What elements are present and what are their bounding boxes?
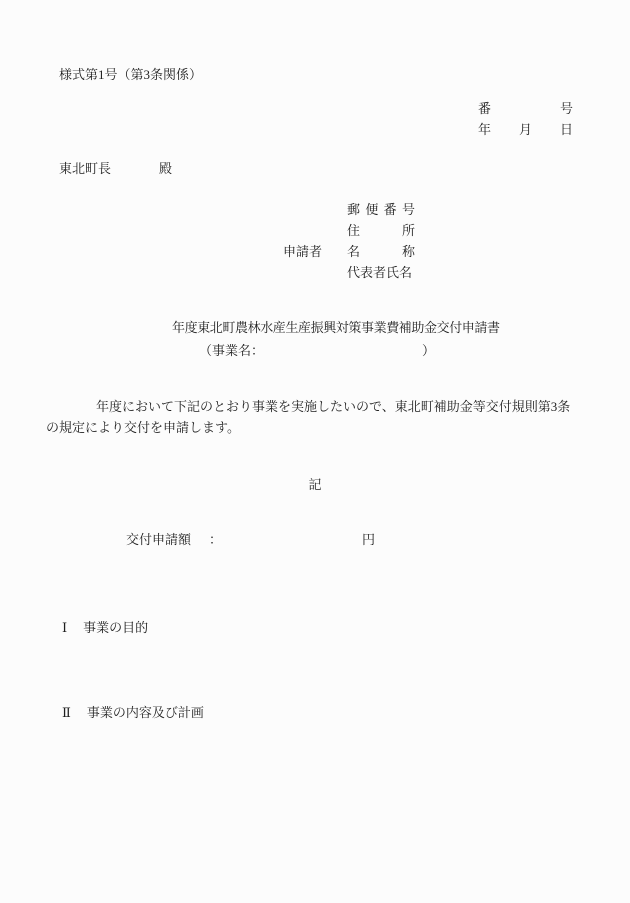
- section-1-title: 事業の目的: [83, 617, 148, 638]
- postal-char-1: 郵: [347, 199, 360, 220]
- addressee-honorific: 殿: [159, 158, 172, 179]
- number-char-ban: 番: [478, 98, 491, 119]
- address-char-1: 住: [347, 220, 360, 241]
- body-paragraph: 年度において下記のとおり事業を実施したいので、東北町補助金等交付規則第3条 の規…: [46, 396, 594, 438]
- body-line-2: の規定により交付を申請します。: [46, 417, 594, 438]
- applicant-block: 郵 便 番 号 住 所 申請者 名 称 代表者氏名: [283, 199, 415, 283]
- applicant-label: 申請者: [283, 241, 325, 262]
- grant-amount-blank: [222, 529, 362, 550]
- form-number-label: 様式第1号（第3条関係）: [59, 64, 202, 85]
- addressee-fill-space: [111, 158, 159, 179]
- date-char-month: 月: [519, 119, 532, 140]
- applicant-row-spacer: [283, 220, 325, 241]
- body-line-1: 年度において下記のとおり事業を実施したいので、東北町補助金等交付規則第3条: [46, 396, 594, 417]
- grant-amount-line: 交付申請額 ： 円: [126, 529, 375, 550]
- record-marker: 記: [0, 474, 630, 495]
- project-name-blank: [264, 340, 422, 361]
- section-2-heading: Ⅱ 事業の内容及び計画: [62, 702, 204, 723]
- address-label: 住 所: [347, 220, 415, 241]
- section-2-gap: [71, 702, 87, 723]
- applicant-row-spacer: [283, 199, 325, 220]
- addressee-line: 東北町長 殿: [59, 158, 172, 179]
- applicant-row-spacer: [283, 262, 325, 283]
- project-name-open: （事業名：: [199, 340, 264, 361]
- project-name-close: ）: [422, 340, 435, 361]
- document-number-line: 番 号: [478, 98, 573, 119]
- date-char-year: 年: [478, 119, 491, 140]
- name-char-2: 称: [402, 241, 415, 262]
- postal-char-4: 号: [402, 199, 415, 220]
- section-1-gap: [67, 617, 83, 638]
- grant-amount-gap: [191, 529, 209, 550]
- name-label: 名 称: [347, 241, 415, 262]
- project-name-line: （事業名： ）: [199, 340, 435, 361]
- address-char-2: 所: [402, 220, 415, 241]
- representative-label: 代表者氏名: [347, 262, 415, 283]
- postal-code-label: 郵 便 番 号: [347, 199, 415, 220]
- postal-char-2: 便: [365, 199, 378, 220]
- grant-amount-colon: ：: [209, 529, 222, 550]
- document-page: 様式第1号（第3条関係） 番 号 年 月 日 東北町長 殿 郵 便 番 号 住 …: [0, 0, 630, 903]
- section-2-numeral: Ⅱ: [62, 702, 71, 723]
- document-date-line: 年 月 日: [478, 119, 573, 140]
- grant-amount-label: 交付申請額: [126, 529, 191, 550]
- name-char-1: 名: [347, 241, 360, 262]
- postal-char-3: 番: [384, 199, 397, 220]
- header-right-block: 番 号 年 月 日: [478, 98, 573, 140]
- grant-amount-unit: 円: [362, 529, 375, 550]
- section-2-title: 事業の内容及び計画: [87, 702, 204, 723]
- number-char-go: 号: [560, 98, 573, 119]
- document-title: 年度東北町農林水産生産振興対策事業費補助金交付申請書: [172, 317, 500, 338]
- addressee-name: 東北町長: [59, 158, 111, 179]
- date-char-day: 日: [560, 119, 573, 140]
- section-1-heading: Ⅰ 事業の目的: [62, 617, 148, 638]
